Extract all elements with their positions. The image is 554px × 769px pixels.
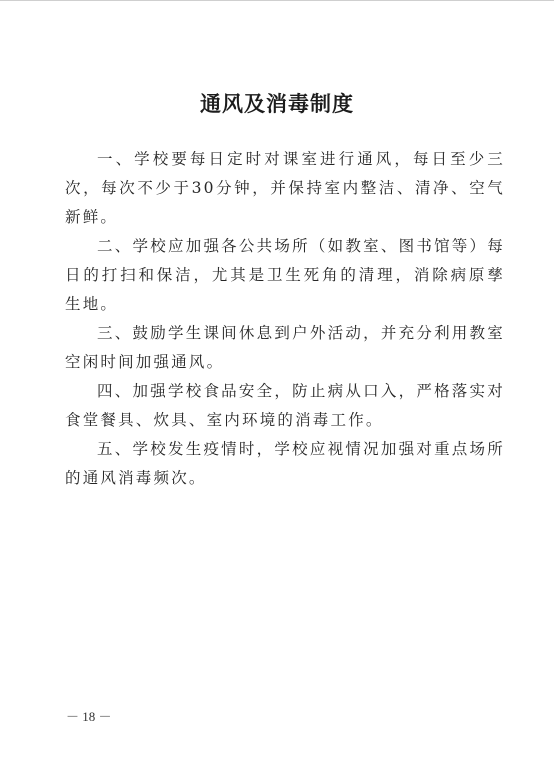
page-number: － 18 － <box>66 706 112 725</box>
paragraph-1: 一、学校要每日定时对课室进行通风，每日至少三次，每次不少于30分钟，并保持室内整… <box>65 145 505 232</box>
page-top-edge <box>0 0 554 1</box>
paragraph-2: 二、学校应加强各公共场所（如教室、图书馆等）每日的打扫和保洁，尤其是卫生死角的清… <box>65 232 505 319</box>
paragraph-3: 三、鼓励学生课间休息到户外活动，并充分利用教室空闲时间加强通风。 <box>65 319 505 377</box>
paragraph-5: 五、学校发生疫情时，学校应视情况加强对重点场所的通风消毒频次。 <box>65 435 505 493</box>
document-body: 一、学校要每日定时对课室进行通风，每日至少三次，每次不少于30分钟，并保持室内整… <box>65 145 505 493</box>
document-title: 通风及消毒制度 <box>0 88 554 118</box>
paragraph-4: 四、加强学校食品安全，防止病从口入，严格落实对食堂餐具、炊具、室内环境的消毒工作… <box>65 377 505 435</box>
